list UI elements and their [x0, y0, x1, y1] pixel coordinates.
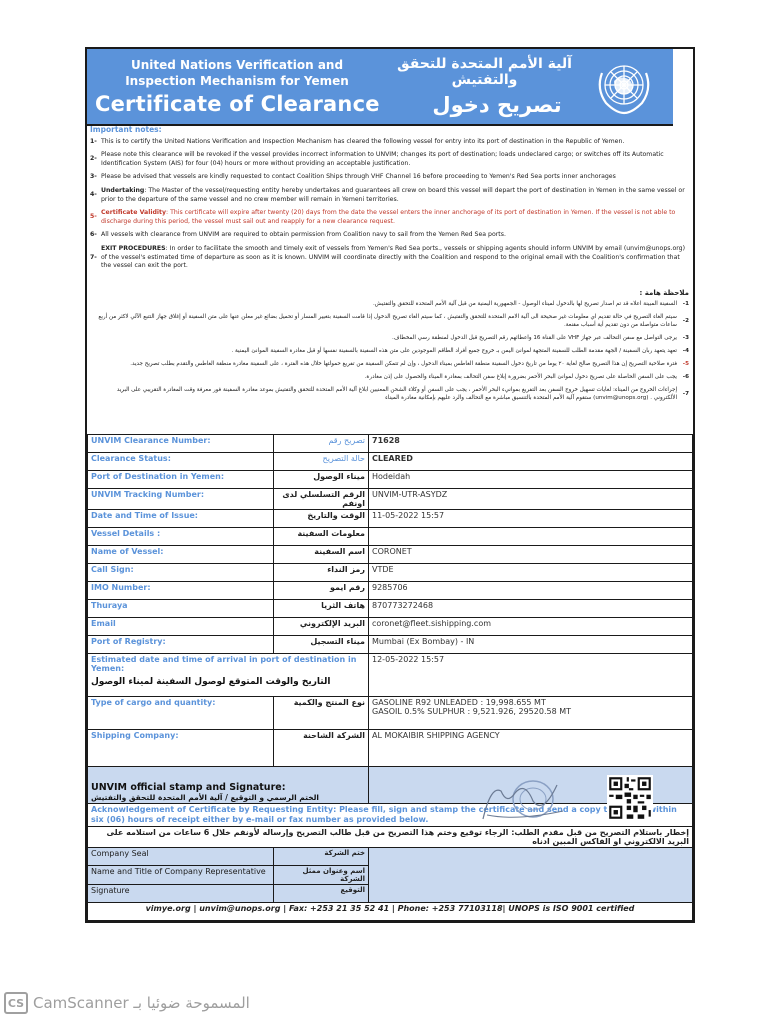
cargo-label-ar: نوع المنتج والكمية — [274, 697, 369, 730]
stamp-signature-cell — [369, 767, 693, 804]
note-item: 2-Please note this clearance will be rev… — [87, 151, 693, 168]
note-item: 1-This is to certify the United Nations … — [87, 138, 693, 147]
port-registry-label-ar: ميناء التسجيل — [274, 636, 369, 654]
note-item-ar: 2-سيتم الغاء التصريح في حالة تقديم اي مع… — [87, 313, 693, 329]
note-item-validity: 5-Certificate Validity: This certificate… — [87, 209, 693, 226]
port-registry-label: Port of Registry: — [88, 636, 274, 654]
note-item-ar: 7-إجراءات الخروج من الميناء: لغايات تسهي… — [87, 386, 693, 402]
table-row: Date and Time of Issue: الوقت والتاريخ 1… — [88, 510, 693, 528]
acknowledgement-ar: إخطار باستلام التصريح من قبل مقدم الطلب:… — [88, 827, 693, 848]
stamp-title: UNVIM official stamp and Signature: — [91, 782, 365, 793]
call-sign-value: VTDE — [369, 564, 693, 582]
table-row: IMO Number: رقم ايمو 9285706 — [88, 582, 693, 600]
table-row: Call Sign: رمز النداء VTDE — [88, 564, 693, 582]
shipping-company-label-ar: الشركة الشاحنة — [274, 730, 369, 767]
certificate-header: United Nations Verification and Inspecti… — [87, 49, 673, 126]
eta-value: 12-05-2022 15:57 — [369, 654, 693, 697]
table-row: Clearance Status: حالة التصريح CLEARED — [88, 453, 693, 471]
representative-label: Name and Title of Company Representative — [88, 866, 274, 885]
qr-code-icon — [607, 775, 653, 821]
call-sign-label: Call Sign: — [88, 564, 274, 582]
company-seal-label: Company Seal — [88, 848, 274, 866]
port-destination-label: Port of Destination in Yemen: — [88, 471, 274, 489]
vessel-details-table: UNVIM Clearance Number: تصريح رقم 71628 … — [87, 434, 693, 921]
table-row: Company Seal ختم الشركة — [88, 848, 693, 866]
table-row: Estimated date and time of arrival in po… — [88, 654, 693, 697]
table-row: vimye.org | unvim@unops.org | Fax: +253 … — [88, 903, 693, 921]
notes-title-en: Important notes: — [87, 126, 693, 135]
table-row: Port of Registry: ميناء التسجيل Mumbai (… — [88, 636, 693, 654]
table-row: Email البريد الإلكتروني coronet@fleet.si… — [88, 618, 693, 636]
note-item-ar: 3-يرجى التواصل مع سفن التحالف عبر جهاز V… — [87, 334, 693, 342]
note-item: 4-Undertaking: The Master of the vessel/… — [87, 187, 693, 204]
note-item: 7-EXIT PROCEDURES: In order to facilitat… — [87, 245, 693, 271]
notes-title-ar: ملاحظة هامة : — [87, 289, 693, 297]
contact-footer: vimye.org | unvim@unops.org | Fax: +253 … — [88, 903, 693, 921]
representative-label-ar: اسم وعنوان ممثل الشركة — [274, 866, 369, 885]
stamp-label-cell: UNVIM official stamp and Signature: الخت… — [88, 767, 369, 804]
table-row: UNVIM Tracking Number: الرقم التسلسلي لد… — [88, 489, 693, 510]
table-row: UNVIM Clearance Number: تصريح رقم 71628 — [88, 435, 693, 453]
tracking-number-label-ar: الرقم التسلسلي لدى اونفم — [274, 489, 369, 510]
issue-datetime-label-ar: الوقت والتاريخ — [274, 510, 369, 528]
clearance-status-label: Clearance Status: — [88, 453, 274, 471]
company-seal-field[interactable] — [369, 848, 693, 903]
cargo-value: GASOLINE R92 UNLEADED : 19,998.655 MT GA… — [369, 697, 693, 730]
vessel-name-value: CORONET — [369, 546, 693, 564]
vessel-details-label-ar: معلومات السفينة — [274, 528, 369, 546]
table-row: Shipping Company: الشركة الشاحنة AL MOKA… — [88, 730, 693, 767]
acknowledgement-en: Acknowledgement of Certificate by Reques… — [88, 804, 693, 827]
note-item-ar: 6-يجب على السفن الحاصلة على تصريح دخول ل… — [87, 373, 693, 381]
vessel-name-label-ar: اسم السفينة — [274, 546, 369, 564]
eta-label-ar: التاريخ والوقت المتوقع لوصول السفينة لمي… — [91, 677, 365, 687]
certificate-title-en: Certificate of Clearance — [95, 92, 380, 116]
clearance-number-value: 71628 — [369, 435, 693, 453]
important-notes-en: Important notes: 1-This is to certify th… — [87, 126, 693, 276]
org-name-ar: آلية الأمم المتحدة للتحقق والتفتيش — [392, 56, 577, 88]
tracking-number-value: UNVIM-UTR-ASYDZ — [369, 489, 693, 510]
vessel-name-label: Name of Vessel: — [88, 546, 274, 564]
note-item: 3-Please be advised that vessels are kin… — [87, 173, 693, 182]
thuraya-label: Thuraya — [88, 600, 274, 618]
org-name-en: United Nations Verification and Inspecti… — [97, 57, 377, 89]
thuraya-label-ar: هاتف الثريا — [274, 600, 369, 618]
port-destination-value: Hodeidah — [369, 471, 693, 489]
un-emblem-icon — [592, 55, 656, 119]
note-item-ar: 5-فترة صلاحية التصريح إن هذا التصريح صال… — [87, 360, 693, 368]
note-item: 6-All vessels with clearance from UNVIM … — [87, 231, 693, 240]
eta-label: Estimated date and time of arrival in po… — [88, 654, 369, 697]
issue-datetime-value: 11-05-2022 15:57 — [369, 510, 693, 528]
call-sign-label-ar: رمز النداء — [274, 564, 369, 582]
issue-datetime-label: Date and Time of Issue: — [88, 510, 274, 528]
cargo-label: Type of cargo and quantity: — [88, 697, 274, 730]
table-row: Port of Destination in Yemen: ميناء الوص… — [88, 471, 693, 489]
shipping-company-value: AL MOKAIBIR SHIPPING AGENCY — [369, 730, 693, 767]
signature-stamp-icon — [477, 775, 569, 825]
clearance-status-value: CLEARED — [369, 453, 693, 471]
port-registry-value: Mumbai (Ex Bombay) - IN — [369, 636, 693, 654]
table-row: Name of Vessel: اسم السفينة CORONET — [88, 546, 693, 564]
vessel-details-value — [369, 528, 693, 546]
thuraya-value: 870773272468 — [369, 600, 693, 618]
tracking-number-label: UNVIM Tracking Number: — [88, 489, 274, 510]
imo-number-label: IMO Number: — [88, 582, 274, 600]
stamp-title-ar: الختم الرسمي و التوقيع / آلية الأمم المت… — [91, 793, 365, 802]
shipping-company-label: Shipping Company: — [88, 730, 274, 767]
note-item-ar: 1-السفينة المبينة اعلاه قد تم اصدار تصري… — [87, 300, 693, 308]
table-row: Acknowledgement of Certificate by Reques… — [88, 804, 693, 827]
clearance-number-label: UNVIM Clearance Number: — [88, 435, 274, 453]
email-value: coronet@fleet.sishipping.com — [369, 618, 693, 636]
table-row: إخطار باستلام التصريح من قبل مقدم الطلب:… — [88, 827, 693, 848]
certificate-title-ar: تصريح دخول — [427, 93, 567, 117]
clearance-certificate: United Nations Verification and Inspecti… — [85, 47, 695, 923]
note-item-ar: 4-تعهد يتعهد ربان السفينة / الجهة مقدمة … — [87, 347, 693, 355]
company-seal-label-ar: ختم الشركة — [274, 848, 369, 866]
table-row: Vessel Details : معلومات السفينة — [88, 528, 693, 546]
camscanner-text: CamScanner المسموحة ضوئيا بـ — [33, 994, 250, 1012]
port-destination-label-ar: ميناء الوصول — [274, 471, 369, 489]
table-row: Thuraya هاتف الثريا 870773272468 — [88, 600, 693, 618]
important-notes-ar: ملاحظة هامة : 1-السفينة المبينة اعلاه قد… — [87, 289, 693, 407]
email-label-ar: البريد الإلكتروني — [274, 618, 369, 636]
table-row: Type of cargo and quantity: نوع المنتج و… — [88, 697, 693, 730]
camscanner-watermark: CS CamScanner المسموحة ضوئيا بـ — [4, 992, 250, 1014]
email-label: Email — [88, 618, 274, 636]
stamp-row: UNVIM official stamp and Signature: الخت… — [88, 767, 693, 804]
imo-number-label-ar: رقم ايمو — [274, 582, 369, 600]
clearance-status-label-ar: حالة التصريح — [274, 453, 369, 471]
vessel-details-label: Vessel Details : — [88, 528, 274, 546]
signature-label: Signature — [88, 885, 274, 903]
clearance-number-label-ar: تصريح رقم — [274, 435, 369, 453]
camscanner-logo-icon: CS — [4, 992, 28, 1014]
signature-label-ar: التوقيع — [274, 885, 369, 903]
imo-number-value: 9285706 — [369, 582, 693, 600]
